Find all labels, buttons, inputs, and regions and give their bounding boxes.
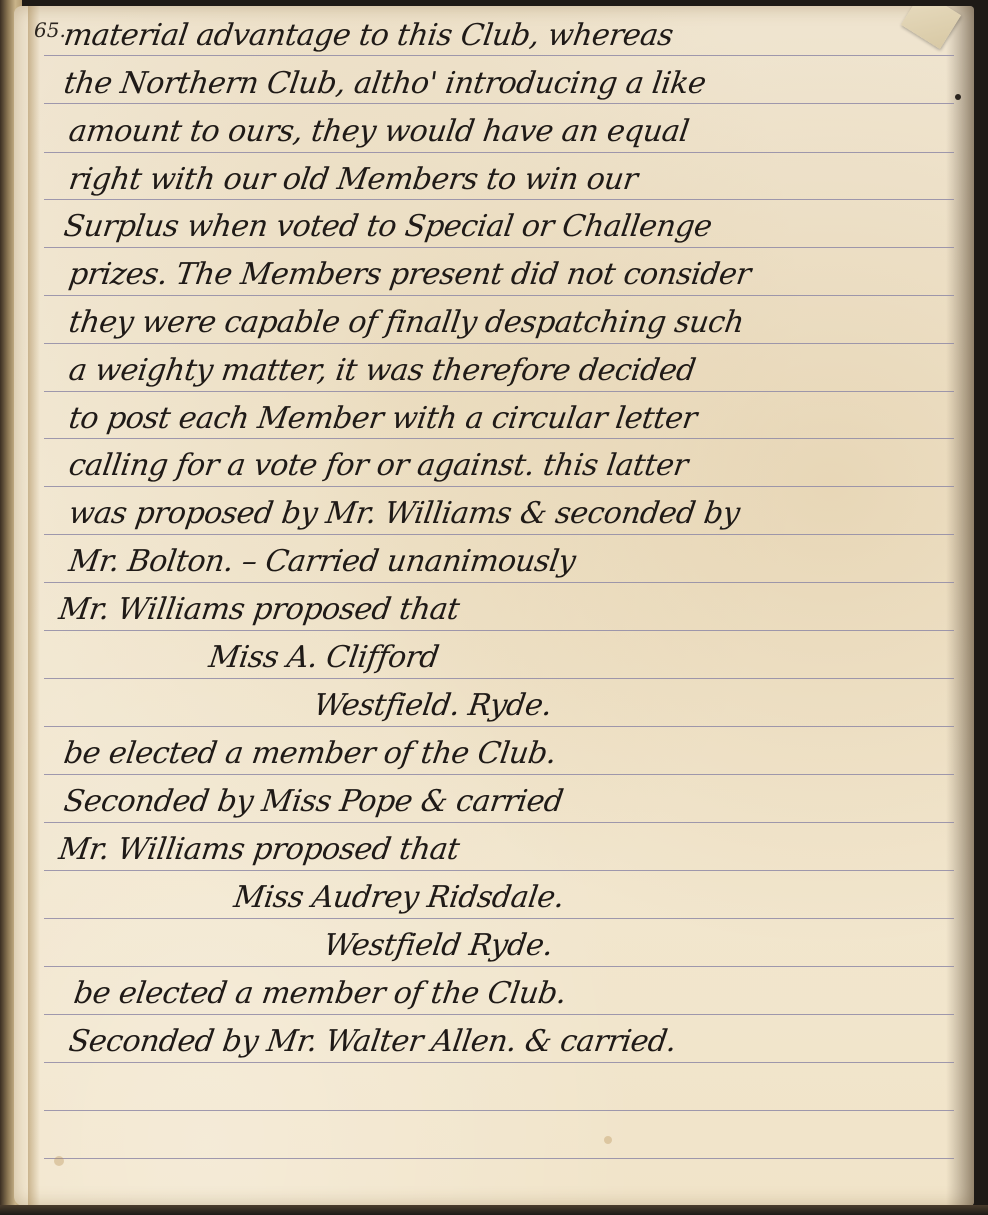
text-line: Miss Audrey Ridsdale. bbox=[231, 876, 567, 920]
ink-dot bbox=[955, 94, 961, 100]
ruled-line bbox=[44, 1110, 954, 1111]
text-line: Westfield Ryde. bbox=[321, 924, 556, 968]
text-line: Mr. Bolton. – Carried unanimously bbox=[66, 540, 578, 584]
text-line: they were capable of finally despatching… bbox=[66, 301, 747, 345]
text-line: Surplus when voted to Special or Challen… bbox=[61, 205, 715, 249]
paper-stain bbox=[54, 1156, 64, 1166]
text-line: Miss A. Clifford bbox=[206, 636, 442, 680]
page-edge-shading bbox=[28, 6, 40, 1206]
text-line: material advantage to this Club, whereas bbox=[61, 14, 676, 58]
text-line: calling for a vote for or against. this … bbox=[66, 444, 691, 488]
ruled-line bbox=[44, 1158, 954, 1159]
text-line: Seconded by Mr. Walter Allen. & carried. bbox=[66, 1020, 679, 1064]
text-line: to post each Member with a circular lett… bbox=[66, 397, 700, 441]
text-line: amount to ours, they would have an equal bbox=[66, 110, 692, 154]
page-right-shadow bbox=[946, 6, 974, 1206]
paper-stain bbox=[604, 1136, 612, 1144]
notebook-page: 65. material advantage to this Club, whe… bbox=[14, 6, 974, 1206]
text-line: Mr. Williams proposed that bbox=[56, 588, 462, 632]
text-line: be elected a member of the Club. bbox=[71, 972, 569, 1016]
text-line: the Northern Club, altho' introducing a … bbox=[61, 62, 709, 106]
page-number: 65. bbox=[34, 18, 66, 42]
text-line: Mr. Williams proposed that bbox=[56, 828, 462, 872]
text-line: a weighty matter, it was therefore decid… bbox=[66, 349, 698, 393]
text-line: prizes. The Members present did not cons… bbox=[66, 253, 753, 297]
text-line: Seconded by Miss Pope & carried bbox=[61, 780, 566, 824]
text-line: right with our old Members to win our bbox=[66, 158, 640, 202]
book-bottom-edge bbox=[0, 1205, 988, 1215]
text-line: was proposed by Mr. Williams & seconded … bbox=[66, 492, 742, 536]
text-line: Westfield. Ryde. bbox=[311, 684, 555, 728]
ruled-line bbox=[44, 678, 954, 679]
text-line: be elected a member of the Club. bbox=[61, 732, 559, 776]
